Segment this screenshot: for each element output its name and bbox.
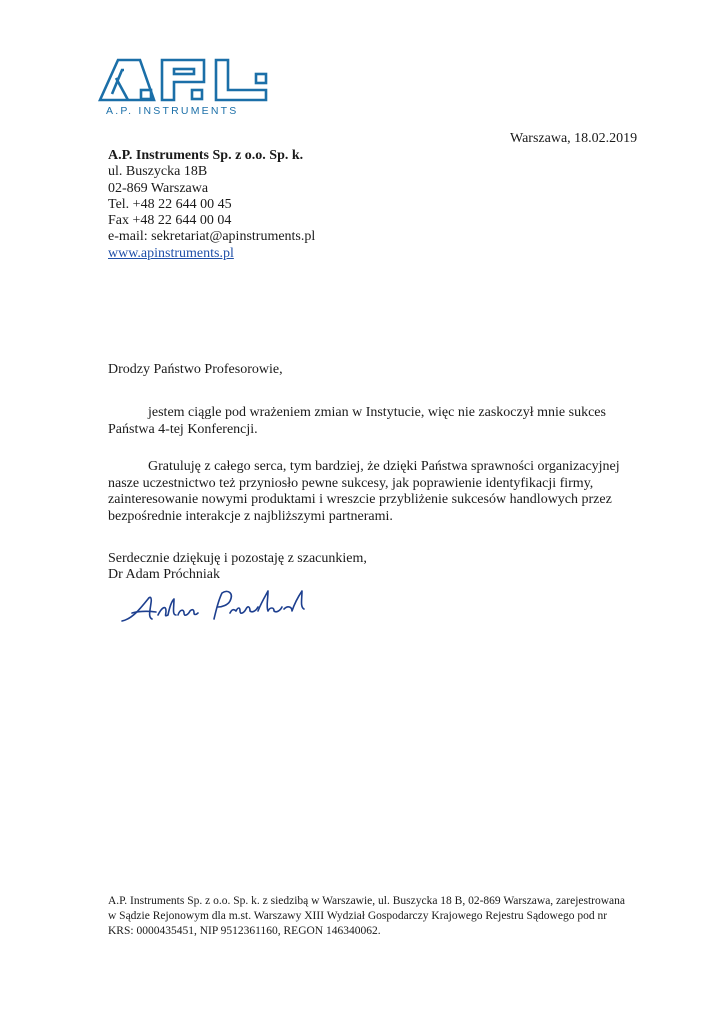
paragraph-line: jestem ciągle pod wrażeniem zmian w Inst… bbox=[108, 405, 628, 422]
handwritten-signature bbox=[118, 585, 318, 630]
logo-subtitle: A.P. INSTRUMENTS bbox=[106, 105, 238, 117]
api-logo-mark bbox=[96, 56, 280, 104]
letter-closing-block: Serdecznie dziękuję i pozostaję z szacun… bbox=[108, 551, 367, 584]
footer-line: A.P. Instruments Sp. z o.o. Sp. k. z sie… bbox=[108, 894, 648, 909]
company-registration-footer: A.P. Instruments Sp. z o.o. Sp. k. z sie… bbox=[108, 894, 648, 939]
sender-city: 02-869 Warszawa bbox=[108, 181, 315, 197]
letter-date: Warszawa, 18.02.2019 bbox=[510, 131, 637, 147]
paragraph-line: Gratuluję z całego serca, tym bardziej, … bbox=[108, 459, 628, 476]
letter-paragraph-1: jestem ciągle pod wrażeniem zmian w Inst… bbox=[108, 405, 628, 438]
sender-address-block: A.P. Instruments Sp. z o.o. Sp. k. ul. B… bbox=[108, 148, 315, 262]
signatory-name: Dr Adam Próchniak bbox=[108, 567, 367, 583]
sender-company-name: A.P. Instruments Sp. z o.o. Sp. k. bbox=[108, 148, 315, 164]
paragraph-line: Państwa 4-tej Konferencji. bbox=[108, 422, 628, 439]
closing-phrase: Serdecznie dziękuję i pozostaję z szacun… bbox=[108, 551, 367, 567]
footer-line: w Sądzie Rejonowym dla m.st. Warszawy XI… bbox=[108, 909, 648, 924]
letter-paragraph-2: Gratuluję z całego serca, tym bardziej, … bbox=[108, 459, 628, 525]
paragraph-line: bezpośrednie interakcje z najbliższymi p… bbox=[108, 509, 628, 526]
paragraph-line: nasze uczestnictwo też przyniosło pewne … bbox=[108, 476, 628, 493]
paragraph-line: zainteresowanie nowymi produktami i wres… bbox=[108, 492, 628, 509]
company-logo: A.P. INSTRUMENTS bbox=[96, 56, 280, 120]
footer-line: KRS: 0000435451, NIP 9512361160, REGON 1… bbox=[108, 924, 648, 939]
sender-website-link[interactable]: www.apinstruments.pl bbox=[108, 246, 234, 261]
sender-email: e-mail: sekretariat@apinstruments.pl bbox=[108, 229, 315, 245]
letter-salutation: Drodzy Państwo Profesorowie, bbox=[108, 362, 283, 378]
sender-phone: Tel. +48 22 644 00 45 bbox=[108, 197, 315, 213]
sender-street: ul. Buszycka 18B bbox=[108, 164, 315, 180]
sender-fax: Fax +48 22 644 00 04 bbox=[108, 213, 315, 229]
